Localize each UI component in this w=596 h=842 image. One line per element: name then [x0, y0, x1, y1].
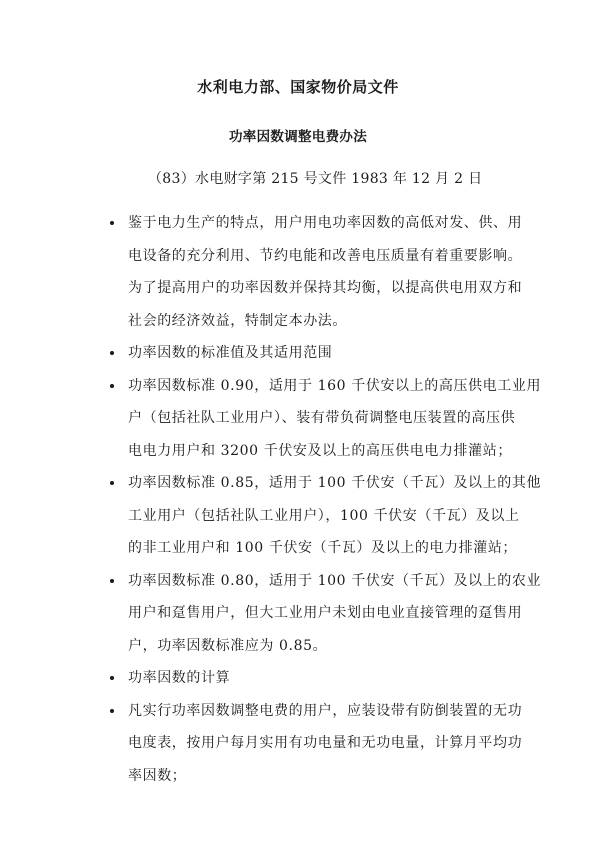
list-item-line: 凡实行功率因数调整电费的用户，应装设带有防倒装置的无功 [128, 695, 528, 728]
list-item: 功率因数标准 0.85，适用于 100 千伏安（千瓦）及以上的其他 工业用户（包… [108, 467, 528, 565]
list-item-line: 功率因数的计算 [128, 662, 528, 695]
list-item-line: 功率因数标准 0.85，适用于 100 千伏安（千瓦）及以上的其他 [128, 467, 528, 500]
list-item-line: 电电力用户和 3200 千伏安及以上的高压供电电力排灌站； [128, 435, 528, 468]
bullet-list: 鉴于电力生产的特点，用户用电功率因数的高低对发、供、用 电设备的充分利用、节约电… [108, 207, 528, 792]
list-item-line: 功率因数标准 0.80，适用于 100 千伏安（千瓦）及以上的农业 [128, 565, 528, 598]
bullet-icon [110, 384, 114, 388]
list-item-line: 社会的经济效益，特制定本办法。 [128, 305, 528, 338]
list-item-line: 鉴于电力生产的特点，用户用电功率因数的高低对发、供、用 [128, 207, 528, 240]
list-item: 功率因数标准 0.80，适用于 100 千伏安（千瓦）及以上的农业 用户和趸售用… [108, 565, 528, 663]
document-title: 水利电力部、国家物价局文件 [0, 76, 596, 97]
list-item-line: 为了提高用户的功率因数并保持其均衡，以提高供电用双方和 [128, 272, 528, 305]
list-item-line: 用户和趸售用户，但大工业用户未划由电业直接管理的趸售用 [128, 597, 528, 630]
bullet-icon [110, 676, 114, 680]
list-item: 功率因数的标准值及其适用范围 [108, 337, 528, 370]
list-item: 凡实行功率因数调整电费的用户，应装设带有防倒装置的无功 电度表，按用户每月实用有… [108, 695, 528, 793]
document-subtitle: 功率因数调整电费办法 [0, 125, 596, 145]
bullet-icon [110, 221, 114, 225]
list-item-line: 率因数； [128, 760, 528, 793]
bullet-icon [110, 481, 114, 485]
list-item: 鉴于电力生产的特点，用户用电功率因数的高低对发、供、用 电设备的充分利用、节约电… [108, 207, 528, 337]
list-item-line: 电设备的充分利用、节约电能和改善电压质量有着重要影响。 [128, 240, 528, 273]
document-number: （83）水电财字第 215 号文件 1983 年 12 月 2 日 [148, 168, 482, 188]
bullet-icon [110, 351, 114, 355]
list-item-line: 功率因数的标准值及其适用范围 [128, 337, 528, 370]
list-item-line: 的非工业用户和 100 千伏安（千瓦）及以上的电力排灌站； [128, 532, 528, 565]
bullet-icon [110, 579, 114, 583]
list-item: 功率因数标准 0.90，适用于 160 千伏安以上的高压供电工业用 户（包括社队… [108, 370, 528, 468]
list-item-line: 户，功率因数标准应为 0.85。 [128, 630, 528, 663]
list-item-line: 户（包括社队工业用户）、装有带负荷调整电压装置的高压供 [128, 402, 528, 435]
list-item-line: 功率因数标准 0.90，适用于 160 千伏安以上的高压供电工业用 [128, 370, 528, 403]
list-item-line: 工业用户（包括社队工业用户），100 千伏安（千瓦）及以上 [128, 500, 528, 533]
bullet-icon [110, 709, 114, 713]
list-item: 功率因数的计算 [108, 662, 528, 695]
list-item-line: 电度表，按用户每月实用有功电量和无功电量，计算月平均功 [128, 727, 528, 760]
document-page: 水利电力部、国家物价局文件 功率因数调整电费办法 （83）水电财字第 215 号… [0, 0, 596, 842]
